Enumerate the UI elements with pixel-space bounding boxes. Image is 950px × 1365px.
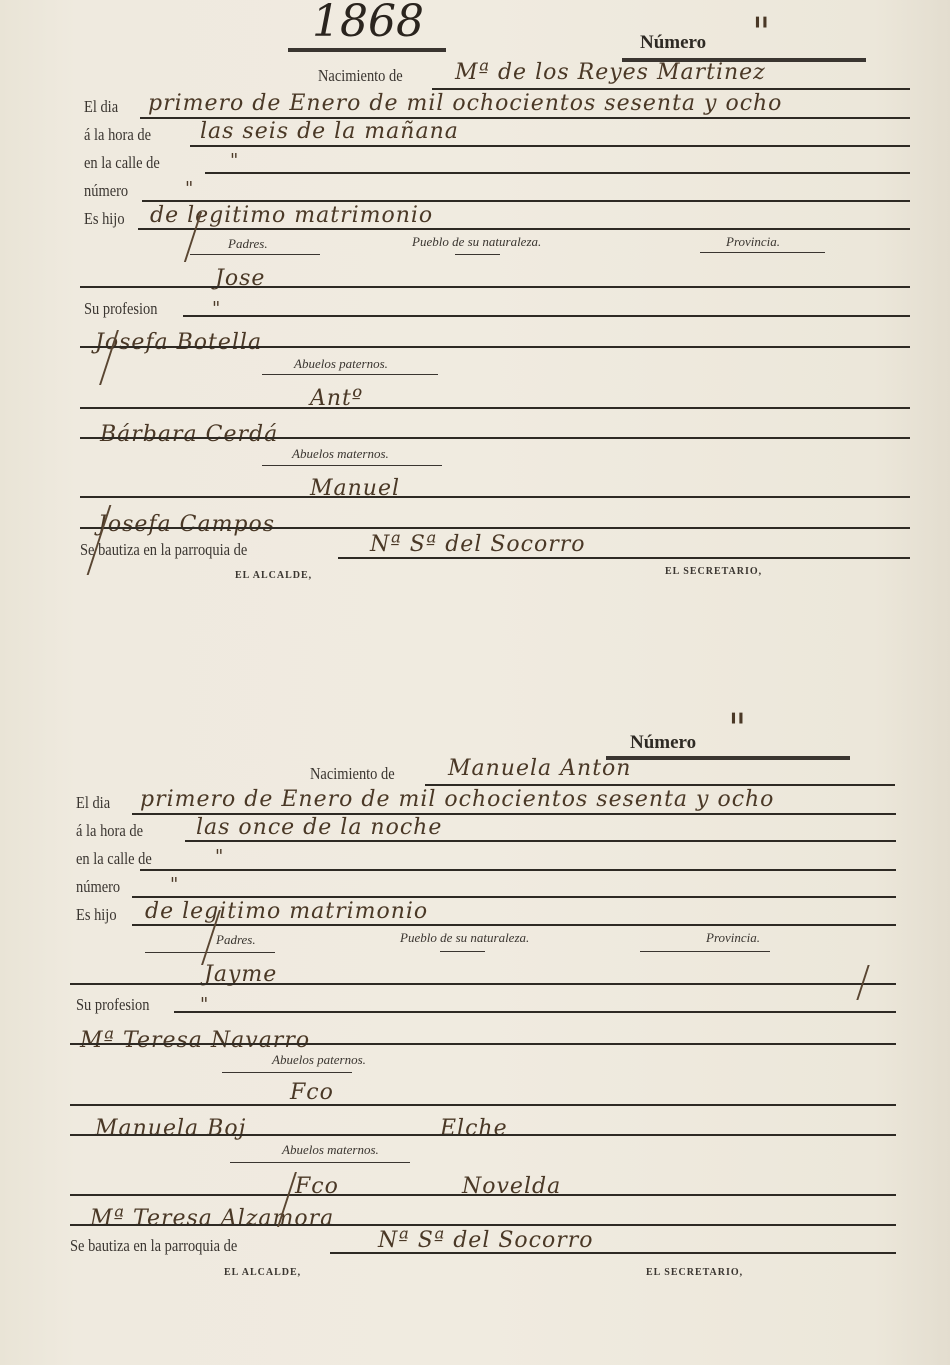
year: 1868 (312, 0, 424, 47)
padres-label: Padres. (216, 932, 256, 948)
record-number: " (752, 10, 770, 56)
pueblo-label: Pueblo de su naturaleza. (400, 930, 529, 946)
rule (262, 374, 438, 375)
es-hijo-label: Es hijo (84, 209, 125, 229)
birth-date: primero de Enero de mil ochocientos sese… (148, 91, 782, 116)
legitimacy: de legitimo matrimonio (150, 203, 433, 228)
rule (145, 952, 275, 953)
profesion-label: Su profesion (76, 995, 149, 1015)
rule (330, 1252, 896, 1254)
legitimacy: de legitimo matrimonio (145, 899, 428, 924)
paternal-grandfather: Fco (290, 1080, 334, 1105)
abuelos-paternos-label: Abuelos paternos. (294, 356, 388, 372)
rule (640, 951, 770, 952)
paternal-grandmother: Manuela Boj (95, 1116, 246, 1141)
alcalde-signature-label: EL ALCALDE, (235, 570, 312, 581)
nacimiento-label: Nacimiento de (310, 764, 395, 784)
rule (440, 951, 485, 952)
hora-label: á la hora de (84, 125, 151, 145)
rule (70, 1224, 896, 1226)
birth-hour: las seis de la mañana (200, 119, 459, 144)
rule (70, 1194, 896, 1196)
alcalde-signature-label: EL ALCALDE, (224, 1267, 301, 1278)
rule (455, 254, 500, 255)
rule (80, 286, 910, 288)
pueblo-label: Pueblo de su naturaleza. (412, 234, 541, 250)
calle-label: en la calle de (76, 849, 152, 869)
rule (222, 1072, 352, 1073)
child-name: Mª de los Reyes Martinez (455, 60, 766, 85)
paternal-grandmother: Bárbara Cerdá (100, 422, 278, 447)
birth-hour: las once de la noche (196, 815, 442, 840)
rule (80, 346, 910, 348)
numero-label: Número (630, 732, 696, 754)
rule (700, 252, 825, 253)
year-underline (288, 48, 446, 52)
rule (185, 840, 896, 842)
rule (338, 557, 910, 559)
es-hijo-label: Es hijo (76, 905, 117, 925)
mother-name: Josefa Botella (95, 330, 262, 355)
abuelos-maternos-label: Abuelos maternos. (282, 1142, 379, 1158)
rule (174, 1011, 896, 1013)
el-dia-label: El dia (84, 97, 118, 117)
el-dia-label: El dia (76, 793, 110, 813)
calle-label: en la calle de (84, 153, 160, 173)
record-number: " (728, 706, 746, 752)
rule (432, 88, 910, 90)
rule (183, 315, 910, 317)
profesion-label: Su profesion (84, 299, 157, 319)
street: " (230, 150, 239, 171)
padres-label: Padres. (228, 236, 268, 252)
paternal-grandmother-town: Elche (440, 1116, 508, 1141)
house-number: " (185, 178, 194, 199)
birth-date: primero de Enero de mil ochocientos sese… (140, 787, 774, 812)
abuelos-maternos-label: Abuelos maternos. (292, 446, 389, 462)
mother-name: Mª Teresa Navarro (80, 1028, 310, 1053)
rule (230, 1162, 410, 1163)
maternal-grandmother: Mª Teresa Alzamora (90, 1206, 334, 1231)
rule (70, 983, 896, 985)
rule (142, 200, 910, 202)
secretario-signature-label: EL SECRETARIO, (665, 566, 762, 577)
bautiza-label: Se bautiza en la parroquia de (70, 1236, 237, 1256)
parish: Nª Sª del Socorro (378, 1228, 594, 1253)
rule (190, 145, 910, 147)
rule (190, 254, 320, 255)
rule (132, 896, 896, 898)
rule (70, 1043, 896, 1045)
rule (80, 407, 910, 409)
house-number: " (170, 874, 179, 895)
rule (132, 924, 896, 926)
rule (140, 869, 896, 871)
parish: Nª Sª del Socorro (370, 532, 586, 557)
rule (138, 228, 910, 230)
provincia-label: Provincia. (706, 930, 760, 946)
hora-label: á la hora de (76, 821, 143, 841)
maternal-grandmother: Josefa Campos (98, 512, 275, 537)
rule (80, 437, 910, 439)
rule (80, 527, 910, 529)
rule (205, 172, 910, 174)
numero-label: Número (640, 32, 706, 54)
secretario-signature-label: EL SECRETARIO, (646, 1267, 743, 1278)
nacimiento-label: Nacimiento de (318, 66, 403, 86)
rule (70, 1134, 896, 1136)
provincia-label: Provincia. (726, 234, 780, 250)
numero-field-label: número (76, 877, 120, 897)
rule (262, 465, 442, 466)
rule (425, 784, 895, 786)
street: " (215, 846, 224, 867)
numero-underline (606, 756, 850, 760)
numero-field-label: número (84, 181, 128, 201)
rule (70, 1104, 896, 1106)
bautiza-label: Se bautiza en la parroquia de (80, 540, 247, 560)
birth-register-page: 1868 Número " Nacimiento de Mª de los Re… (0, 0, 950, 1365)
rule (80, 496, 910, 498)
child-name: Manuela Anton (448, 756, 631, 781)
abuelos-paternos-label: Abuelos paternos. (272, 1052, 366, 1068)
